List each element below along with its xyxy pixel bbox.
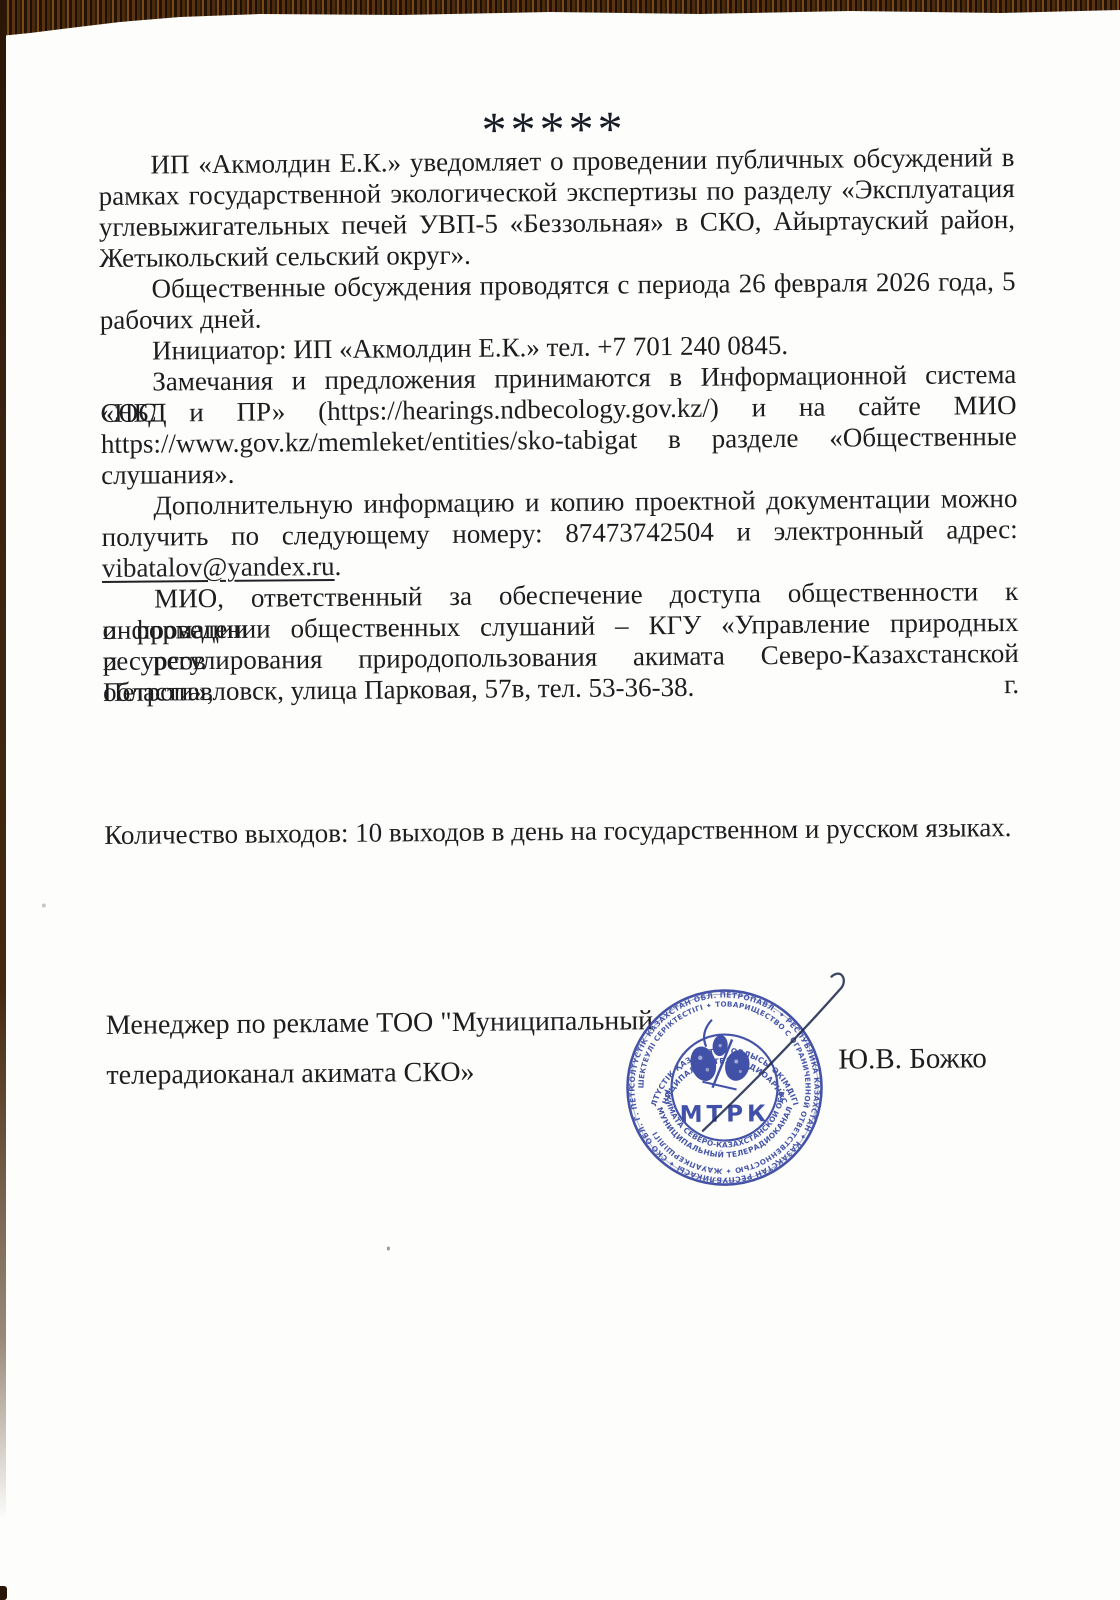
signature-role-line1: Менеджер по рекламе ТОО "Муниципальный: [106, 1005, 653, 1041]
paper-speck: [42, 903, 46, 907]
signature-role-line2: телерадиоканал акимата СКО»: [106, 1055, 653, 1091]
signature-svg: [646, 957, 898, 1149]
document-page: ***** ИП «Акмолдин Е.К.» уведомляет о пр…: [0, 0, 1120, 1600]
handwritten-signature: [646, 957, 898, 1149]
email-period: .: [334, 551, 341, 581]
wood-table-edge-left: [0, 0, 6, 1520]
signature-role-block: Менеджер по рекламе ТОО "Муниципальный т…: [106, 1005, 654, 1091]
text-line: и регулирования природопользования акима…: [103, 638, 1019, 677]
paper-speck: [387, 1247, 390, 1251]
wood-table-corner-speck: [0, 1586, 7, 1600]
signature-stroke: [702, 974, 846, 1131]
outputs-count-line: Количество выходов: 10 выходов в день на…: [104, 812, 1020, 851]
email-link: vibatalov@yandex.ru: [102, 551, 335, 583]
notice-body: ИП «Акмолдин Е.К.» уведомляет о проведен…: [98, 142, 1020, 851]
